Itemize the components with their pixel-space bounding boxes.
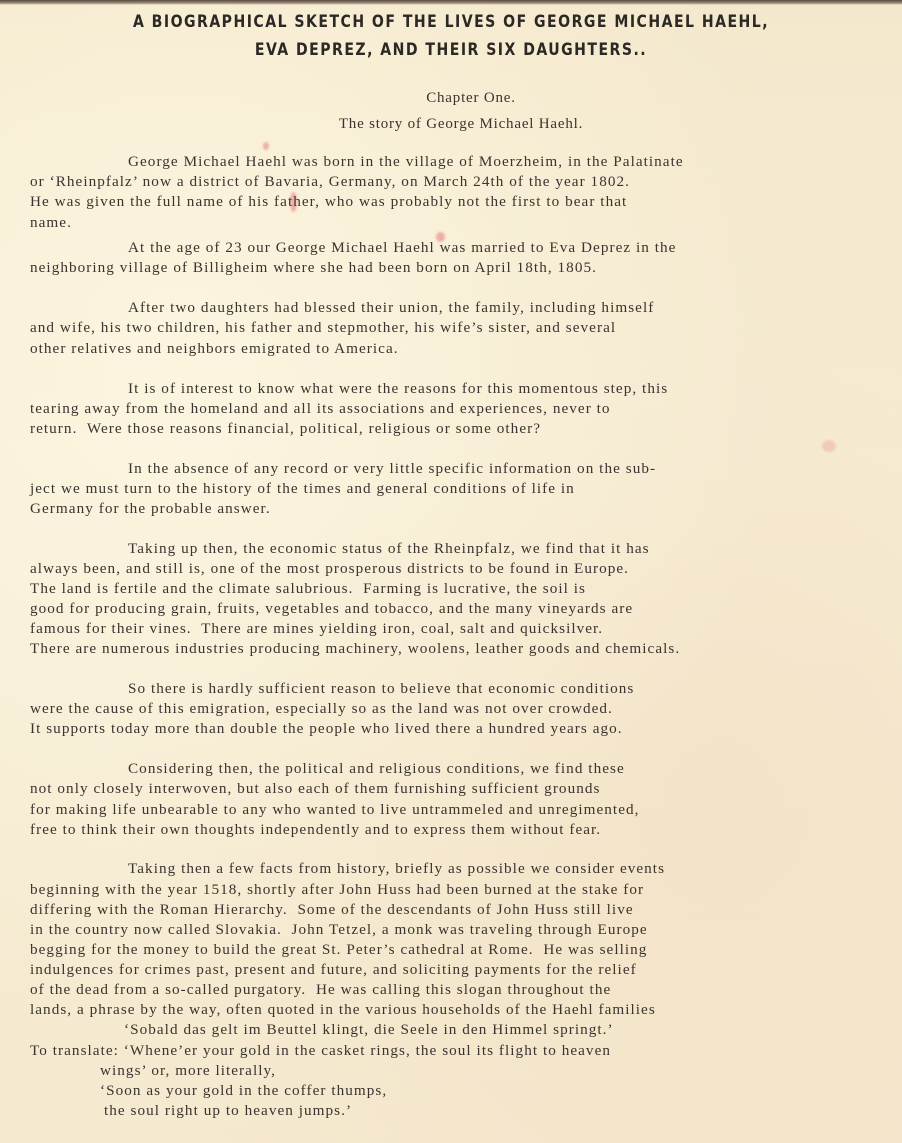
chapter-subtitle: The story of George Michael Haehl. [10,116,902,133]
text-line: Taking then a few facts from history, br… [128,859,665,879]
text-line: So there is hardly sufficient reason to … [128,679,634,699]
text-line: Taking up then, the economic status of t… [128,539,650,559]
text-line: name. [30,213,72,233]
text-line: not only closely interwoven, but also ea… [30,779,600,799]
text-line: differing with the Roman Hierarchy. Some… [30,900,634,920]
text-line: George Michael Haehl was born in the vil… [128,152,684,172]
text-line: It supports today more than double the p… [30,719,623,739]
text-line: ject we must turn to the history of the … [30,479,575,499]
document-title-line1: A BIOGRAPHICAL SKETCH OF THE LIVES OF GE… [36,12,866,32]
text-line: neighboring village of Billigheim where … [30,258,597,278]
text-line: After two daughters had blessed their un… [128,298,654,318]
ink-stain [822,440,836,452]
text-line: indulgences for crimes past, present and… [30,960,637,980]
text-line: The land is fertile and the climate salu… [30,579,586,599]
text-line: for making life unbearable to any who wa… [30,800,639,820]
text-line: It is of interest to know what were the … [128,379,668,399]
text-line: always been, and still is, one of the mo… [30,559,629,579]
text-line: tearing away from the homeland and all i… [30,399,611,419]
text-line: or ‘Rheinpfalz’ now a district of Bavari… [30,172,630,192]
text-line: beginning with the year 1518, shortly af… [30,880,644,900]
text-line: return. Were those reasons financial, po… [30,419,541,439]
text-line: ‘Soon as your gold in the coffer thumps, [100,1081,387,1101]
text-line: At the age of 23 our George Michael Haeh… [128,238,676,258]
text-line: Germany for the probable answer. [30,499,271,519]
text-line: wings’ or, more literally, [100,1061,276,1081]
text-line: other relatives and neighbors emigrated … [30,339,399,359]
document-title-line2: EVA DEPREZ, AND THEIR SIX DAUGHTERS.. [36,40,866,60]
text-line: free to think their own thoughts indepen… [30,820,601,840]
ink-stain [263,142,269,150]
text-line: begging for the money to build the great… [30,940,647,960]
text-line: and wife, his two children, his father a… [30,318,616,338]
text-line: famous for their vines. There are mines … [30,619,603,639]
text-line: good for producing grain, fruits, vegeta… [30,599,633,619]
text-line: Considering then, the political and reli… [128,759,625,779]
text-line: the soul right up to heaven jumps.’ [104,1101,352,1121]
text-line: There are numerous industries producing … [30,639,680,659]
chapter-heading: Chapter One. [20,90,902,107]
text-line: To translate: ‘Whene’er your gold in the… [30,1041,611,1061]
page-top-edge [0,0,902,5]
text-line: lands, a phrase by the way, often quoted… [30,1000,656,1020]
text-line: of the dead from a so-called purgatory. … [30,980,611,1000]
text-line: were the cause of this emigration, espec… [30,699,613,719]
text-line: In the absence of any record or very lit… [128,459,656,479]
text-line: He was given the full name of his father… [30,192,627,212]
text-line: in the country now called Slovakia. John… [30,920,648,940]
text-line: ‘Sobald das gelt im Beuttel klingt, die … [124,1020,614,1040]
